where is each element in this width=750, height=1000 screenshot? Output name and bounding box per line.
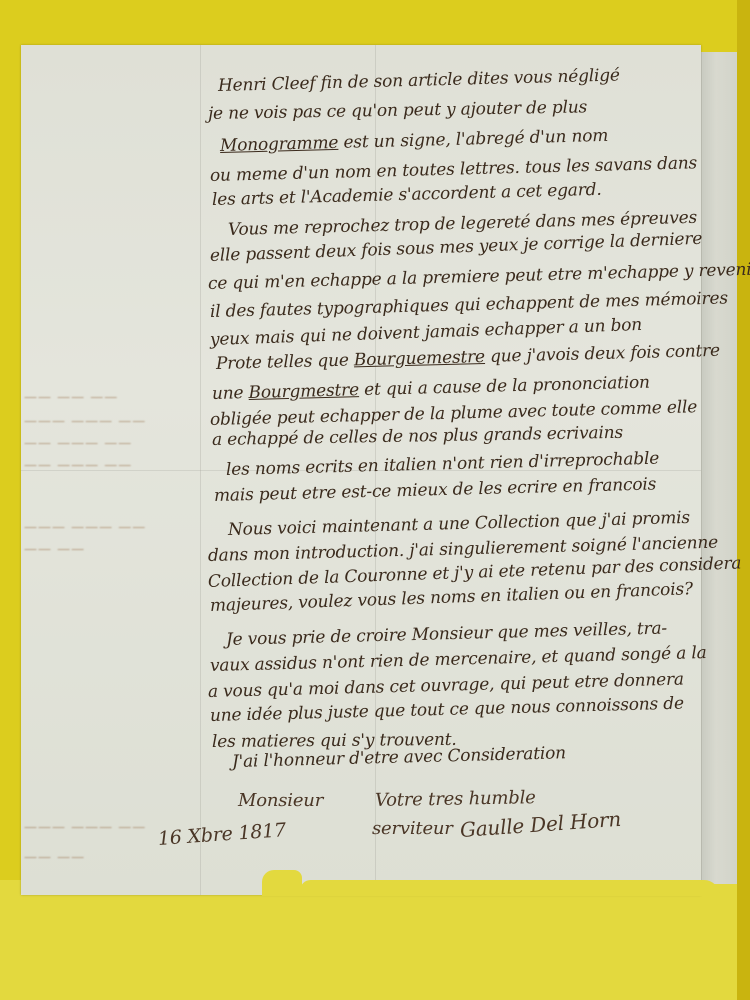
closing-valediction: serviteur: [372, 818, 453, 839]
paper-tear: [300, 880, 720, 896]
yellow-backdrop-edge: [737, 0, 750, 1000]
bleed-through-text: ——— ——— ——: [24, 520, 194, 535]
underlined-word: Bourgmestre: [248, 380, 359, 403]
bleed-through-text: —— ——— ——: [24, 436, 194, 451]
bleed-through-text: —— ——— ——: [24, 458, 194, 473]
closing-valediction: Votre tres humble: [375, 787, 536, 811]
closing-address: Monsieur: [238, 790, 323, 811]
underlined-word: Bourguemestre: [354, 347, 486, 370]
bleed-through-text: —— —— ——: [24, 390, 194, 405]
paper-tear: [262, 870, 302, 896]
bleed-through-text: —— ——: [24, 542, 194, 557]
folded-paper-flap: [701, 52, 737, 884]
underlined-word: Monogramme: [220, 133, 339, 156]
bleed-through-text: —— ——: [24, 850, 194, 865]
yellow-backdrop-lower: [0, 880, 738, 1000]
bleed-through-text: ——— ——— ——: [24, 414, 194, 429]
